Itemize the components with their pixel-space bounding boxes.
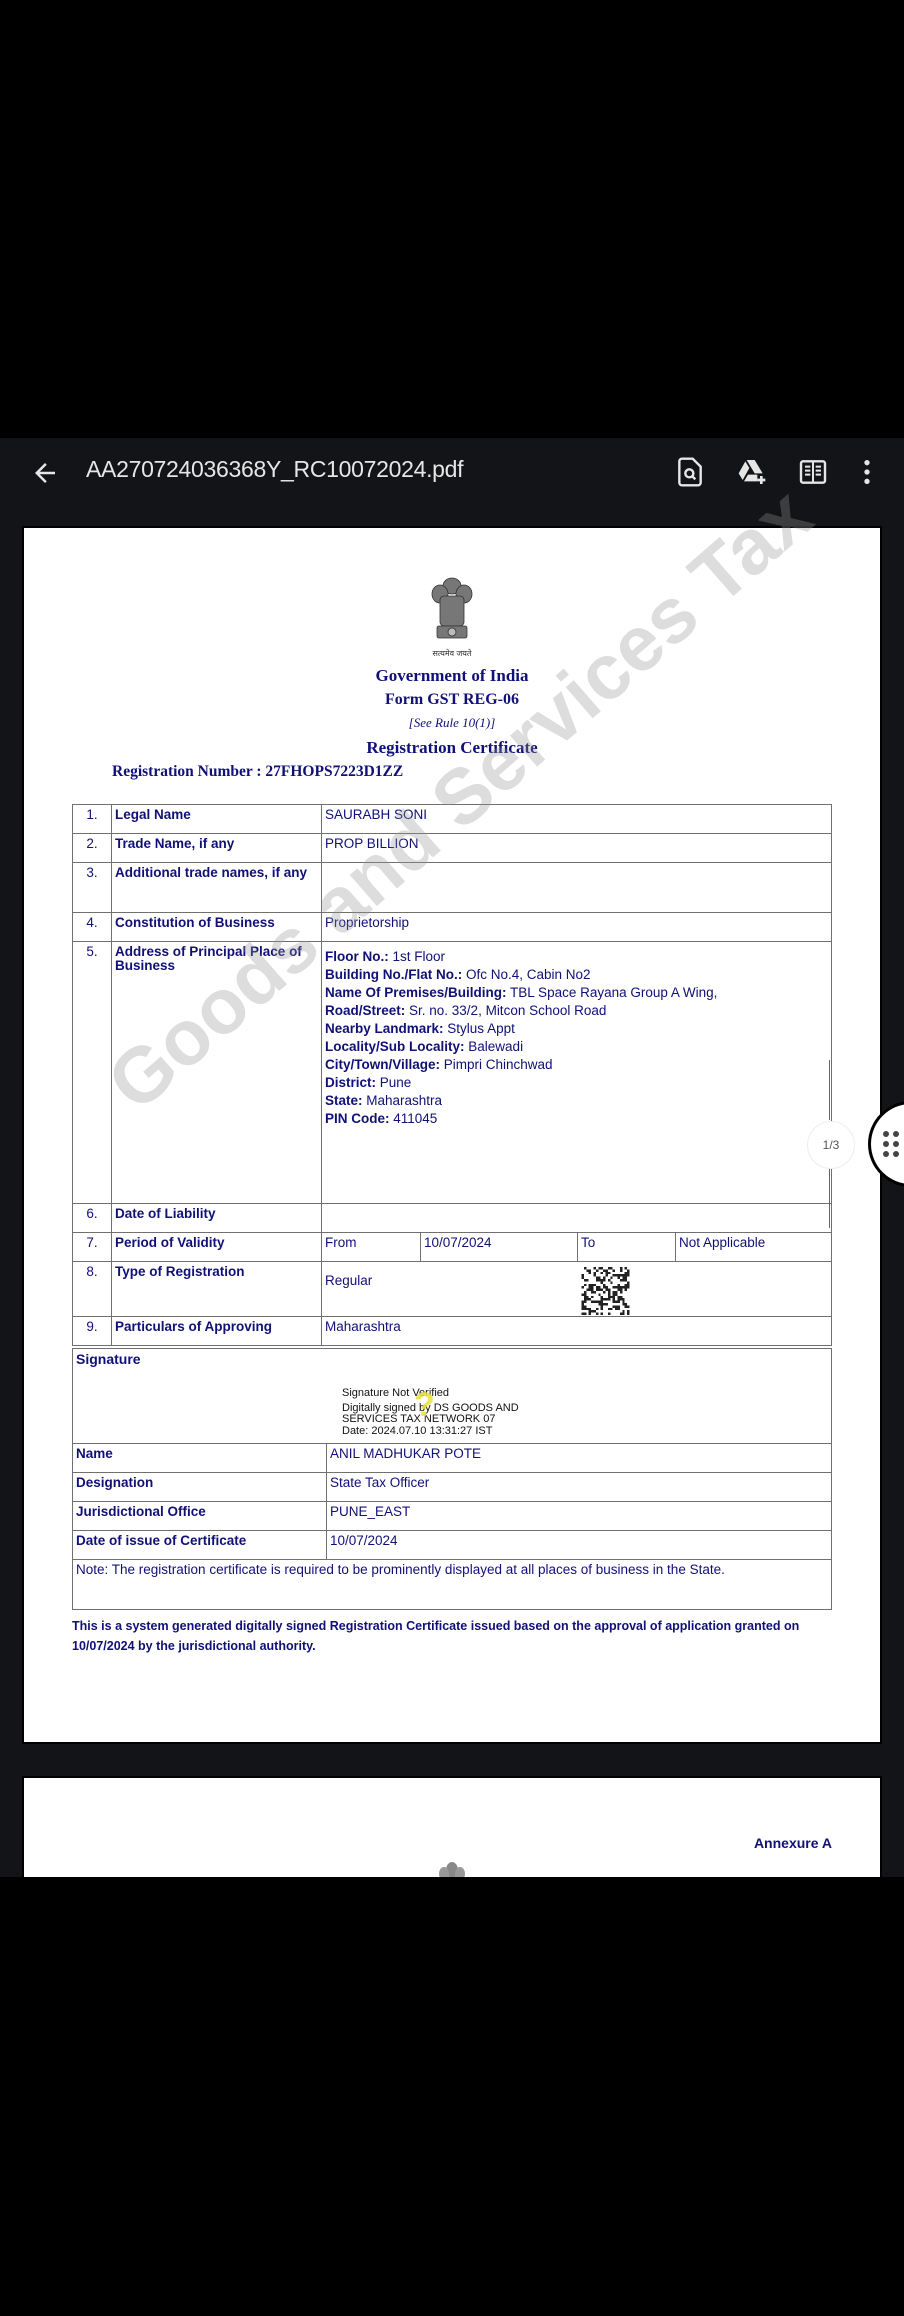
table-row: Date of issue of Certificate 10/07/2024: [73, 1531, 832, 1560]
grid-dots-icon: [882, 1130, 902, 1158]
certificate-table: 1. Legal Name SAURABH SONI 2. Trade Name…: [72, 804, 832, 1346]
table-row: Jurisdictional Office PUNE_EAST: [73, 1502, 832, 1531]
constitution-value: Proprietorship: [322, 913, 832, 942]
date-of-liability-value: [322, 1204, 832, 1233]
header-form: Form GST REG-06: [0, 691, 904, 709]
scroll-track[interactable]: [829, 1168, 830, 1228]
annexure-label: Annexure A: [754, 1835, 832, 1851]
note-row: Note: The registration certificate is re…: [73, 1560, 832, 1610]
toolbar: AA270724036368Y_RC10072024.pdf: [0, 438, 904, 506]
svg-text:सत्यमेव जयते: सत्यमेव जयते: [433, 648, 472, 658]
national-emblem-icon: [428, 1860, 476, 1877]
registration-number: Registration Number : 27FHOPS7223D1ZZ: [112, 763, 403, 781]
national-emblem-icon: सत्यमेव जयते: [402, 572, 502, 662]
validity-to-value: Not Applicable: [676, 1233, 832, 1262]
table-row: 3. Additional trade names, if any: [73, 863, 832, 913]
header-title: Registration Certificate: [0, 738, 904, 758]
reading-mode-icon[interactable]: [797, 456, 829, 488]
footnote: This is a system generated digitally sig…: [72, 1616, 832, 1656]
table-row: 6. Date of Liability: [73, 1204, 832, 1233]
header-government: Government of India: [0, 666, 904, 686]
legal-name-value: SAURABH SONI: [322, 805, 832, 834]
page-indicator[interactable]: 1/3: [807, 1121, 855, 1169]
approving-value: Maharashtra: [322, 1317, 832, 1346]
table-row: Designation State Tax Officer: [73, 1473, 832, 1502]
add-to-drive-icon[interactable]: [736, 456, 768, 488]
designation-value: State Tax Officer: [327, 1473, 832, 1502]
issue-date-value: 10/07/2024: [327, 1531, 832, 1560]
qr-code-icon: [581, 1267, 630, 1315]
find-in-page-icon[interactable]: [674, 456, 706, 488]
signature-unverified-icon: ?: [414, 1386, 435, 1425]
table-row: 5. Address of Principal Place of Busines…: [73, 942, 832, 1204]
officer-name-value: ANIL MADHUKAR POTE: [327, 1444, 832, 1473]
registration-type-value: Regular: [322, 1262, 832, 1317]
additional-trade-names-value: [322, 863, 832, 913]
jurisdiction-value: PUNE_EAST: [327, 1502, 832, 1531]
table-row: 1. Legal Name SAURABH SONI: [73, 805, 832, 834]
back-arrow-icon[interactable]: [30, 458, 60, 488]
scroll-track[interactable]: [829, 1060, 830, 1120]
table-row: 9. Particulars of Approving Maharashtra: [73, 1317, 832, 1346]
file-title: AA270724036368Y_RC10072024.pdf: [86, 456, 463, 483]
table-row: 7. Period of Validity From 10/07/2024 To…: [73, 1233, 832, 1262]
table-row: 2. Trade Name, if any PROP BILLION: [73, 834, 832, 863]
address-value: Floor No.: 1st Floor Building No./Flat N…: [322, 942, 832, 1204]
validity-from-value: 10/07/2024: [421, 1233, 578, 1262]
more-options-icon[interactable]: [851, 456, 883, 488]
header-rule: [See Rule 10(1)]: [0, 715, 904, 731]
table-row: Name ANIL MADHUKAR POTE: [73, 1444, 832, 1473]
table-row: 4. Constitution of Business Proprietorsh…: [73, 913, 832, 942]
table-row: 8. Type of Registration Regular: [73, 1262, 832, 1317]
trade-name-value: PROP BILLION: [322, 834, 832, 863]
